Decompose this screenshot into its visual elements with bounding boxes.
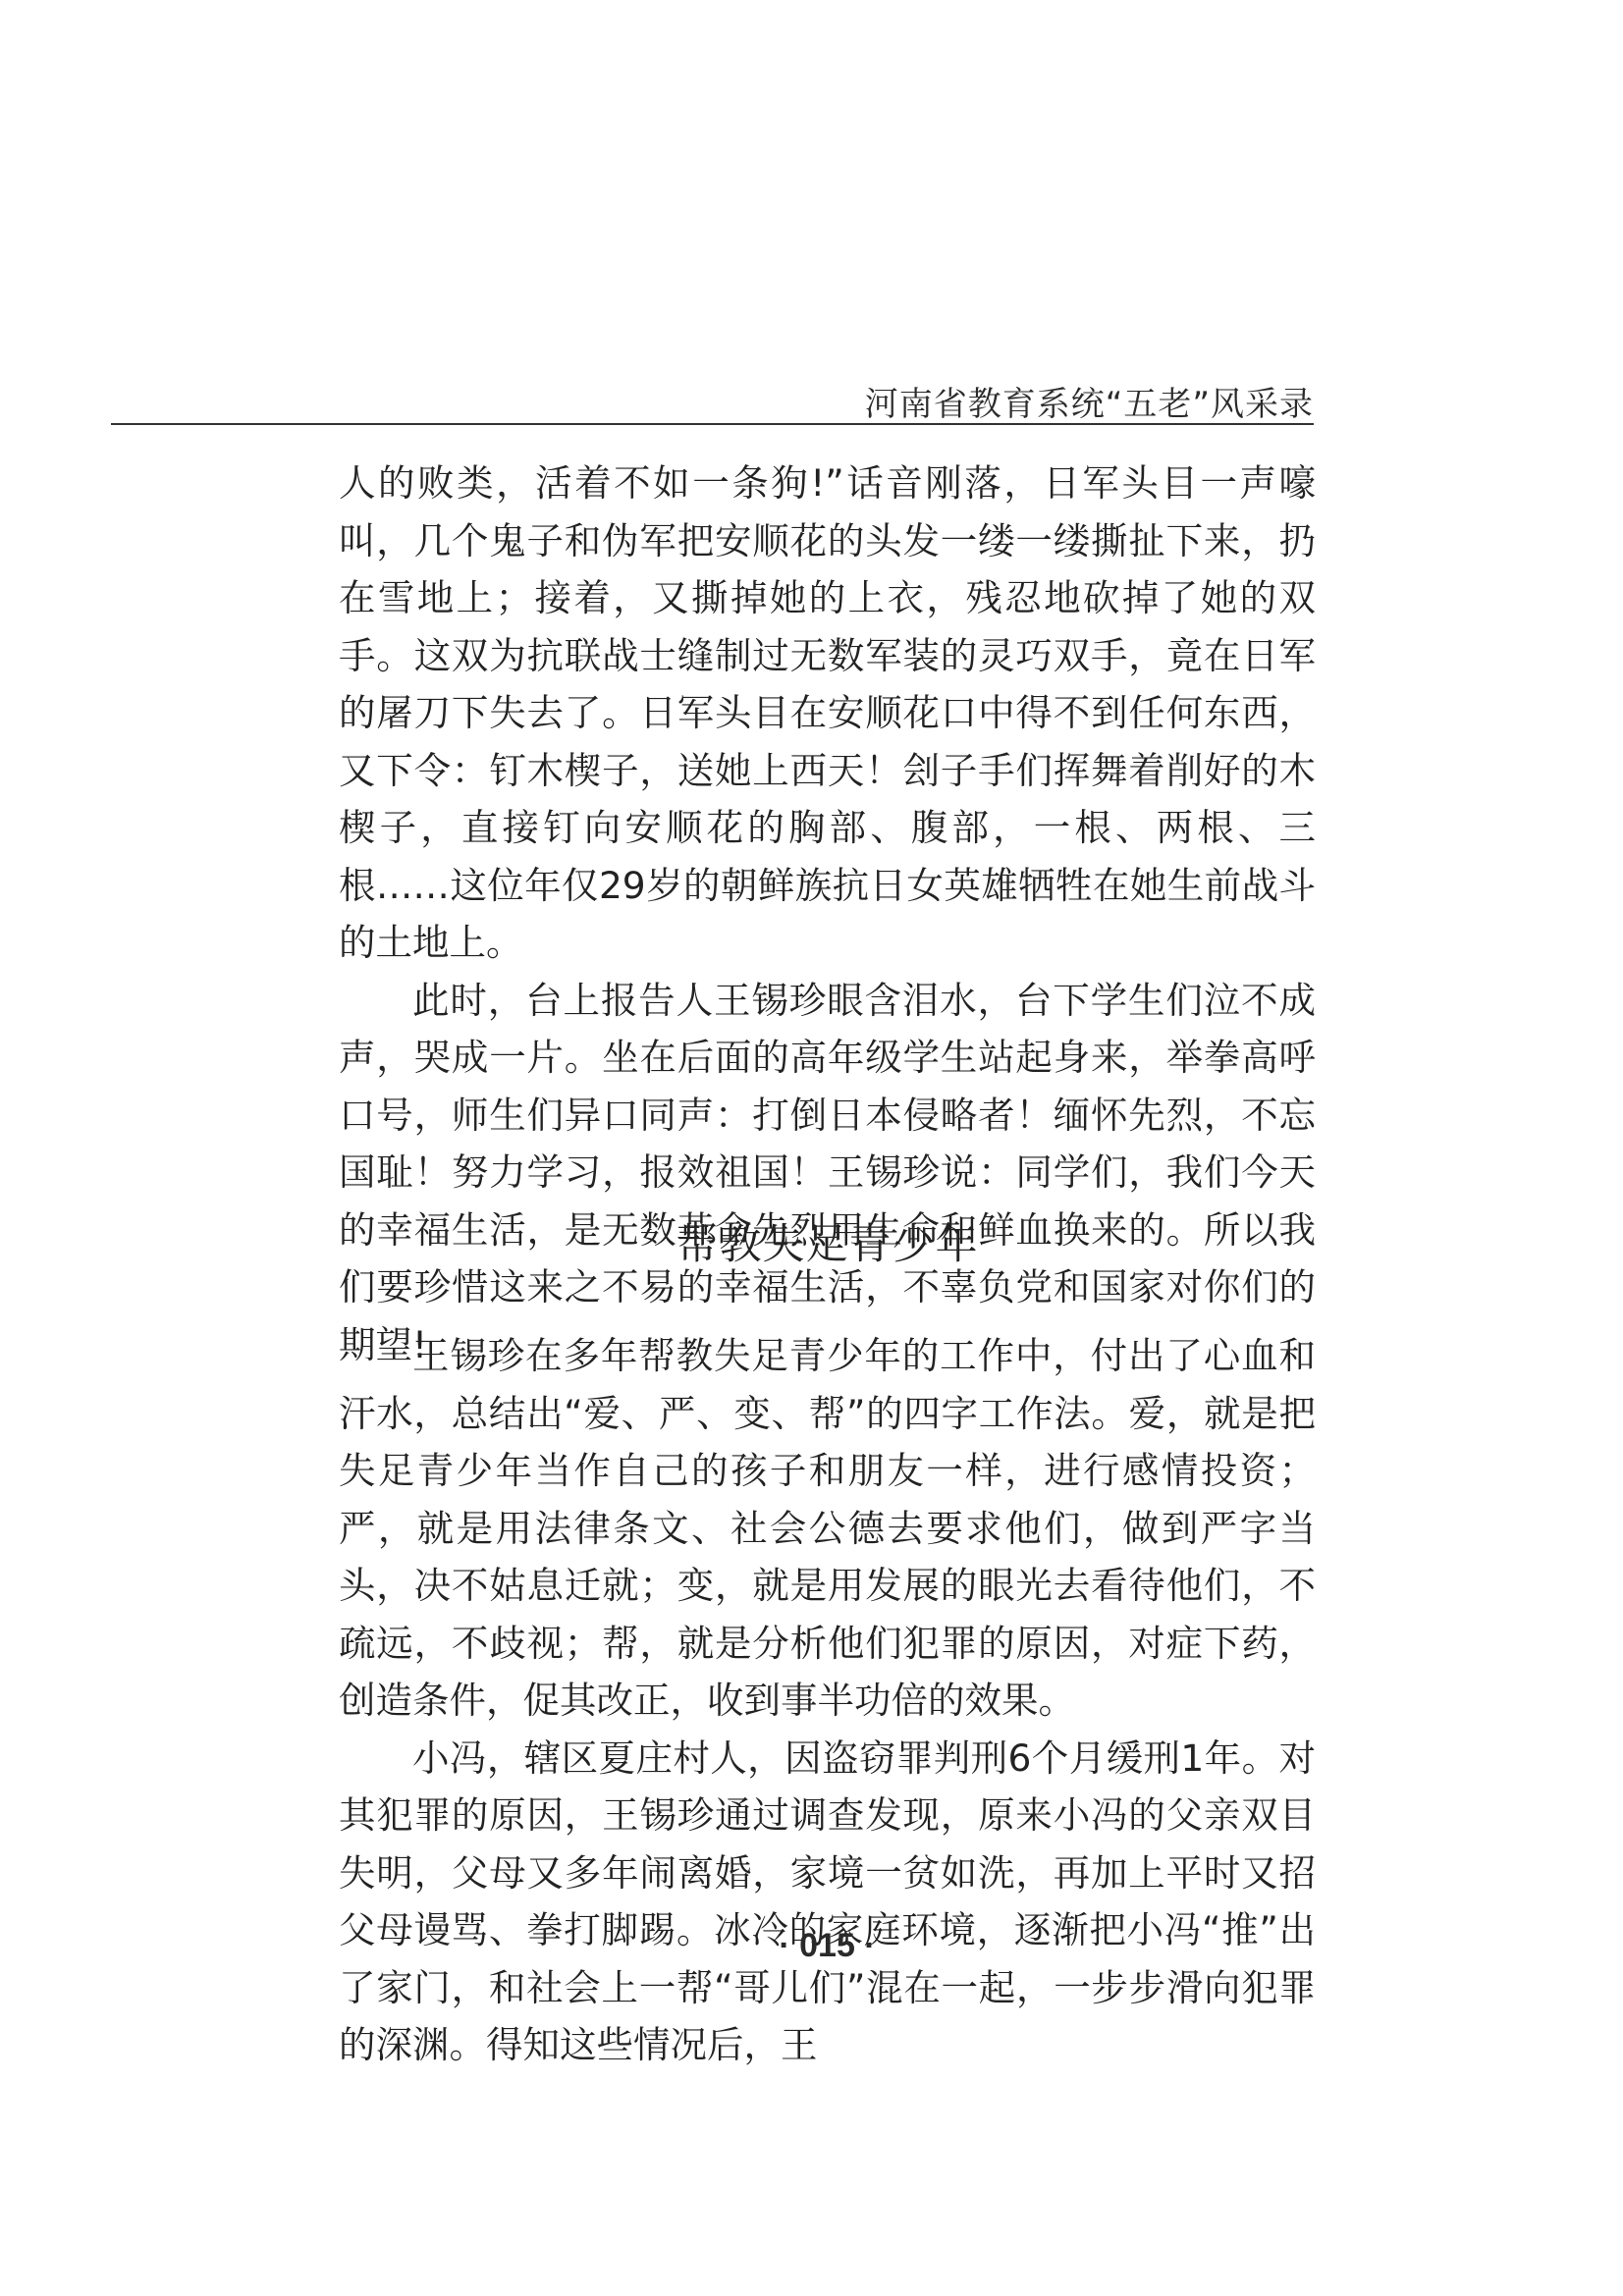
paragraph: 人的败类，活着不如一条狗!”话音刚落，日军头目一声嚎叫，几个鬼子和伪军把安顺花的… (339, 454, 1316, 972)
paragraph: 此时，台上报告人王锡珍眼含泪水，台下学生们泣不成声，哭成一片。坐在后面的高年级学… (339, 972, 1316, 1374)
page-number: · 015 · (339, 1926, 1316, 1965)
section-heading: 帮教失足青少年 (339, 1217, 1316, 1272)
header-divider (111, 423, 1314, 425)
paragraph: 小冯，辖区夏庄村人，因盗窃罪判刑6个月缓刑1年。对其犯罪的原因，王锡珍通过调查发… (339, 1730, 1316, 2074)
running-header-title: 河南省教育系统“五老”风采录 (865, 385, 1314, 424)
paragraph: 王锡珍在多年帮教失足青少年的工作中，付出了心血和汗水，总结出“爱、严、变、帮”的… (339, 1327, 1316, 1730)
